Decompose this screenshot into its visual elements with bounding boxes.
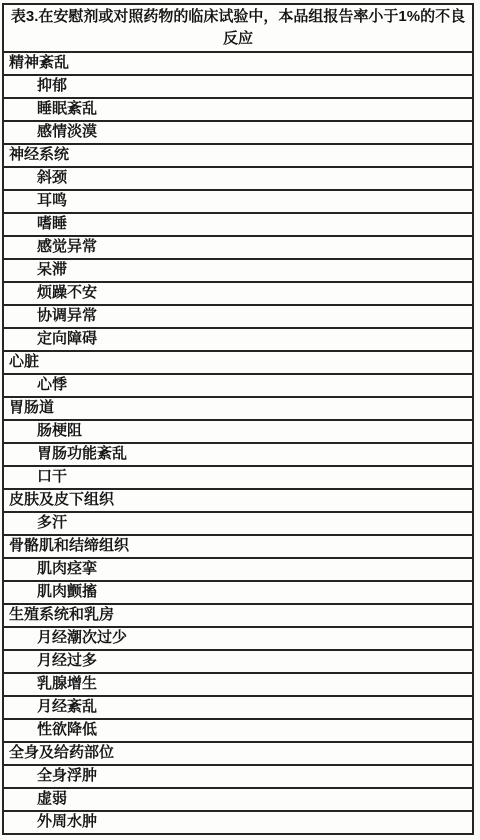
table-row: 斜颈: [3, 167, 473, 190]
item-label: 协调异常: [3, 305, 473, 328]
item-label: 心悸: [3, 374, 473, 397]
table-row: 呆滞: [3, 259, 473, 282]
item-label: 全身浮肿: [3, 765, 473, 788]
category-label: 骨骼肌和结缔组织: [3, 535, 473, 558]
table-row: 月经紊乱: [3, 696, 473, 719]
table-header: 表3.在安慰剂或对照药物的临床试验中，本品组报告率小于1%的不良反应: [3, 4, 473, 52]
item-label: 外周水肿: [3, 811, 473, 834]
table-row: 胃肠功能紊乱: [3, 443, 473, 466]
table-row: 肌肉颤搐: [3, 581, 473, 604]
item-label: 抑郁: [3, 75, 473, 98]
table-row: 外周水肿: [3, 811, 473, 834]
item-label: 多汗: [3, 512, 473, 535]
table-row: 心脏: [3, 351, 473, 374]
item-label: 乳腺增生: [3, 673, 473, 696]
scanned-document-page: 表3.在安慰剂或对照药物的临床试验中，本品组报告率小于1%的不良反应 精神紊乱抑…: [0, 0, 480, 840]
item-label: 月经潮次过少: [3, 627, 473, 650]
item-label: 肌肉颤搐: [3, 581, 473, 604]
category-label: 心脏: [3, 351, 473, 374]
item-label: 斜颈: [3, 167, 473, 190]
category-label: 皮肤及皮下组织: [3, 489, 473, 512]
table-row: 月经潮次过少: [3, 627, 473, 650]
item-label: 肌肉痉挛: [3, 558, 473, 581]
table-row: 胃肠道: [3, 397, 473, 420]
table-row: 精神紊乱: [3, 52, 473, 75]
item-label: 口干: [3, 466, 473, 489]
adverse-reactions-table: 表3.在安慰剂或对照药物的临床试验中，本品组报告率小于1%的不良反应 精神紊乱抑…: [2, 3, 474, 835]
item-label: 烦躁不安: [3, 282, 473, 305]
item-label: 睡眠紊乱: [3, 98, 473, 121]
table-row: 神经系统: [3, 144, 473, 167]
table-row: 协调异常: [3, 305, 473, 328]
table-row: 皮肤及皮下组织: [3, 489, 473, 512]
table-row: 生殖系统和乳房: [3, 604, 473, 627]
table-title: 表3.在安慰剂或对照药物的临床试验中，本品组报告率小于1%的不良反应: [3, 4, 473, 52]
item-label: 感觉异常: [3, 236, 473, 259]
category-label: 神经系统: [3, 144, 473, 167]
table-row: 月经过多: [3, 650, 473, 673]
table-row: 嗜睡: [3, 213, 473, 236]
item-label: 耳鸣: [3, 190, 473, 213]
category-label: 胃肠道: [3, 397, 473, 420]
table-row: 口干: [3, 466, 473, 489]
item-label: 性欲降低: [3, 719, 473, 742]
table-row: 抑郁: [3, 75, 473, 98]
item-label: 月经过多: [3, 650, 473, 673]
table-body: 精神紊乱抑郁睡眠紊乱感情淡漠神经系统斜颈耳鸣嗜睡感觉异常呆滞烦躁不安协调异常定向…: [3, 52, 473, 834]
item-label: 感情淡漠: [3, 121, 473, 144]
item-label: 嗜睡: [3, 213, 473, 236]
category-label: 精神紊乱: [3, 52, 473, 75]
item-label: 肠梗阻: [3, 420, 473, 443]
table-row: 心悸: [3, 374, 473, 397]
table-row: 虚弱: [3, 788, 473, 811]
item-label: 胃肠功能紊乱: [3, 443, 473, 466]
table-row: 肠梗阻: [3, 420, 473, 443]
item-label: 呆滞: [3, 259, 473, 282]
item-label: 月经紊乱: [3, 696, 473, 719]
table-row: 性欲降低: [3, 719, 473, 742]
table-row: 感觉异常: [3, 236, 473, 259]
table-row: 感情淡漠: [3, 121, 473, 144]
category-label: 全身及给药部位: [3, 742, 473, 765]
table-row: 骨骼肌和结缔组织: [3, 535, 473, 558]
table-row: 肌肉痉挛: [3, 558, 473, 581]
table-row: 全身及给药部位: [3, 742, 473, 765]
table-row: 耳鸣: [3, 190, 473, 213]
table-row: 全身浮肿: [3, 765, 473, 788]
table-row: 睡眠紊乱: [3, 98, 473, 121]
item-label: 定向障碍: [3, 328, 473, 351]
item-label: 虚弱: [3, 788, 473, 811]
table-row: 多汗: [3, 512, 473, 535]
category-label: 生殖系统和乳房: [3, 604, 473, 627]
table-row: 烦躁不安: [3, 282, 473, 305]
table-row: 定向障碍: [3, 328, 473, 351]
title-row: 表3.在安慰剂或对照药物的临床试验中，本品组报告率小于1%的不良反应: [3, 4, 473, 52]
table-row: 乳腺增生: [3, 673, 473, 696]
